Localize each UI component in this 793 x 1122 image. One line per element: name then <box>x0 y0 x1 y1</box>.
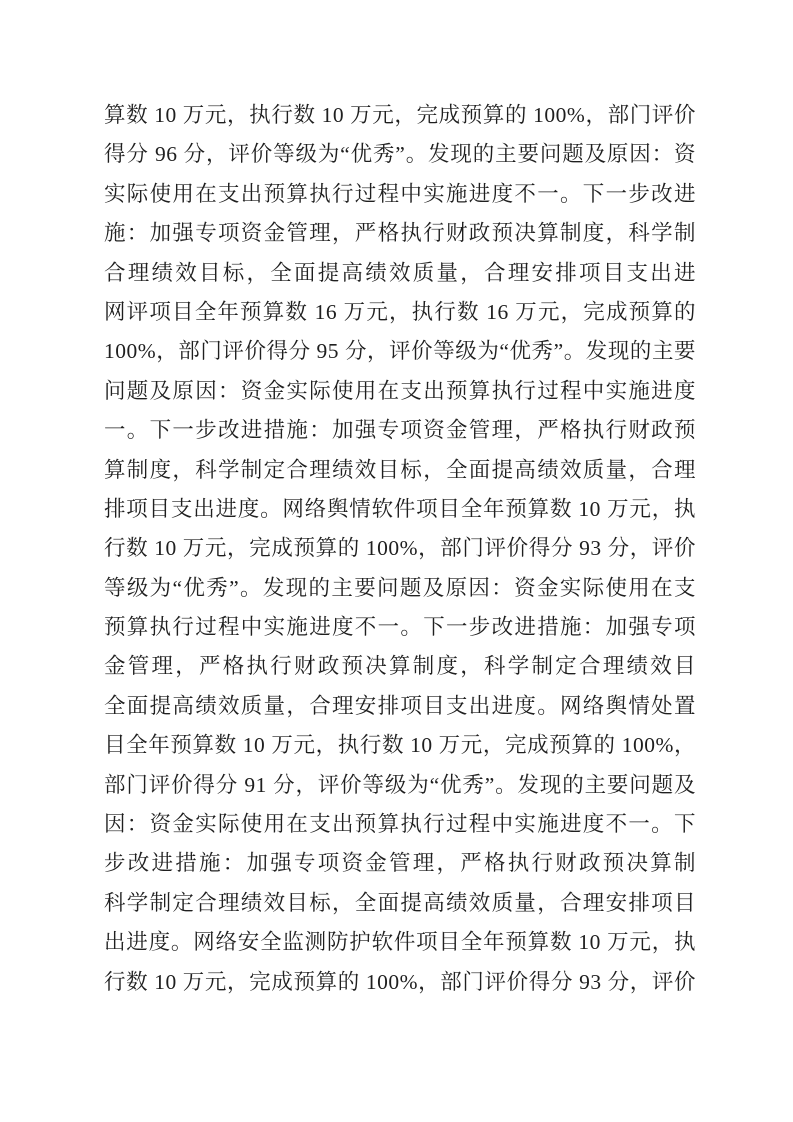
text-line: 100%，部门评价得分 95 分，评价等级为“优秀”。发现的主要 <box>104 332 696 371</box>
document-page: 算数 10 万元，执行数 10 万元，完成预算的 100%，部门评价 得分 96… <box>0 0 793 1122</box>
text-line: 算数 10 万元，执行数 10 万元，完成预算的 100%，部门评价 <box>104 96 696 135</box>
text-block: 算数 10 万元，执行数 10 万元，完成预算的 100%，部门评价 得分 96… <box>104 96 696 1002</box>
text-line: 一。下一步改进措施：加强专项资金管理，严格执行财政预决 <box>104 411 696 450</box>
text-line: 预算执行过程中实施进度不一。下一步改进措施：加强专项资 <box>104 608 696 647</box>
text-line: 出进度。网络安全监测防护软件项目全年预算数 10 万元，执 <box>104 923 696 962</box>
text-line: 网评项目全年预算数 16 万元，执行数 16 万元，完成预算的 <box>104 293 696 332</box>
text-line: 金管理，严格执行财政预决算制度，科学制定合理绩效目标， <box>104 647 696 686</box>
text-line: 问题及原因：资金实际使用在支出预算执行过程中实施进度不 <box>104 372 696 411</box>
text-line: 排项目支出进度。网络舆情软件项目全年预算数 10 万元，执 <box>104 490 696 529</box>
text-line: 实际使用在支出预算执行过程中实施进度不一。下一步改进措 <box>104 175 696 214</box>
text-line: 部门评价得分 91 分，评价等级为“优秀”。发现的主要问题及原 <box>104 766 696 805</box>
text-line: 合理绩效目标，全面提高绩效质量，合理安排项目支出进度。 <box>104 254 696 293</box>
text-line: 等级为“优秀”。发现的主要问题及原因：资金实际使用在支出 <box>104 569 696 608</box>
text-line: 目全年预算数 10 万元，执行数 10 万元，完成预算的 100%， <box>104 726 696 765</box>
text-line: 步改进措施：加强专项资金管理，严格执行财政预决算制度， <box>104 844 696 883</box>
text-line: 科学制定合理绩效目标，全面提高绩效质量，合理安排项目支 <box>104 884 696 923</box>
text-line: 算制度，科学制定合理绩效目标，全面提高绩效质量，合理安 <box>104 451 696 490</box>
text-line: 行数 10 万元，完成预算的 100%，部门评价得分 93 分，评价 <box>104 963 696 1002</box>
text-line: 行数 10 万元，完成预算的 100%，部门评价得分 93 分，评价 <box>104 529 696 568</box>
text-line: 因：资金实际使用在支出预算执行过程中实施进度不一。下一 <box>104 805 696 844</box>
text-line: 全面提高绩效质量，合理安排项目支出进度。网络舆情处置项 <box>104 687 696 726</box>
text-line: 得分 96 分，评价等级为“优秀”。发现的主要问题及原因：资金 <box>104 135 696 174</box>
text-line: 施：加强专项资金管理，严格执行财政预决算制度，科学制定 <box>104 214 696 253</box>
